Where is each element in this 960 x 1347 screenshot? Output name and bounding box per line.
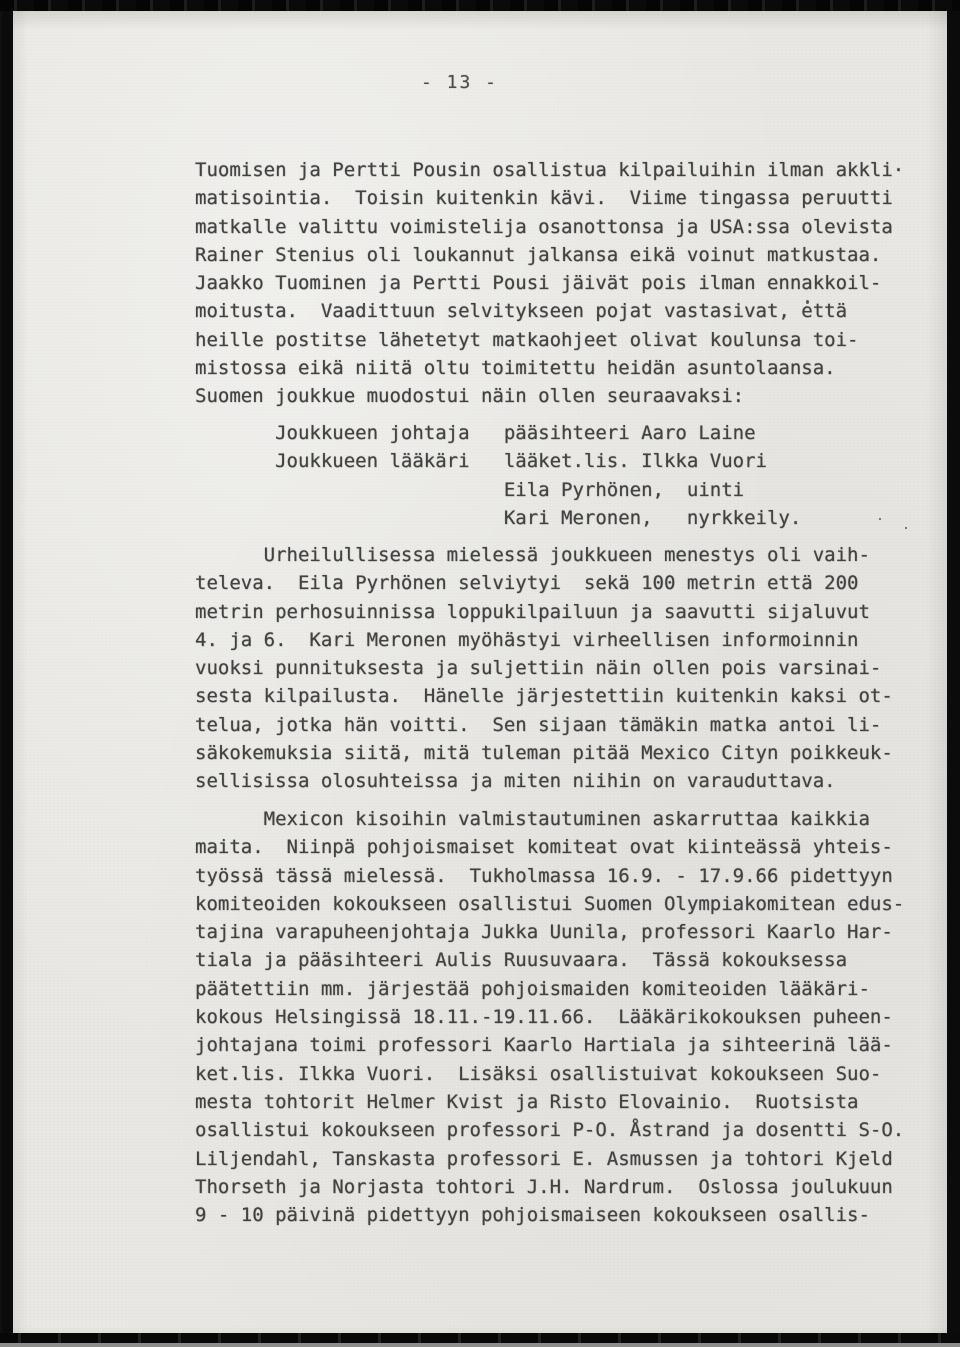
paragraph-mexico-cooperation: Mexicon kisoihin valmistautuminen askarr… — [195, 805, 904, 1229]
scan-speck — [419, 1158, 421, 1161]
scan-speck — [879, 518, 881, 520]
scan-border-left — [2, 9, 13, 1347]
paragraph-team-list: Joukkueen johtaja pääsihteeri Aaro Laine… — [195, 419, 801, 532]
paragraph-intro: Tuomisen ja Pertti Pousin osallistua kil… — [195, 156, 904, 411]
scan-border-top — [0, 0, 960, 11]
scan-speck — [806, 300, 809, 304]
page-number: - 13 - — [421, 72, 498, 93]
scan-border-right — [947, 9, 960, 1347]
paragraph-results: Urheilullisessa mielessä joukkueen menes… — [195, 541, 893, 796]
scan-border-bottom-gray — [0, 1343, 960, 1347]
scan-speck — [905, 527, 907, 529]
